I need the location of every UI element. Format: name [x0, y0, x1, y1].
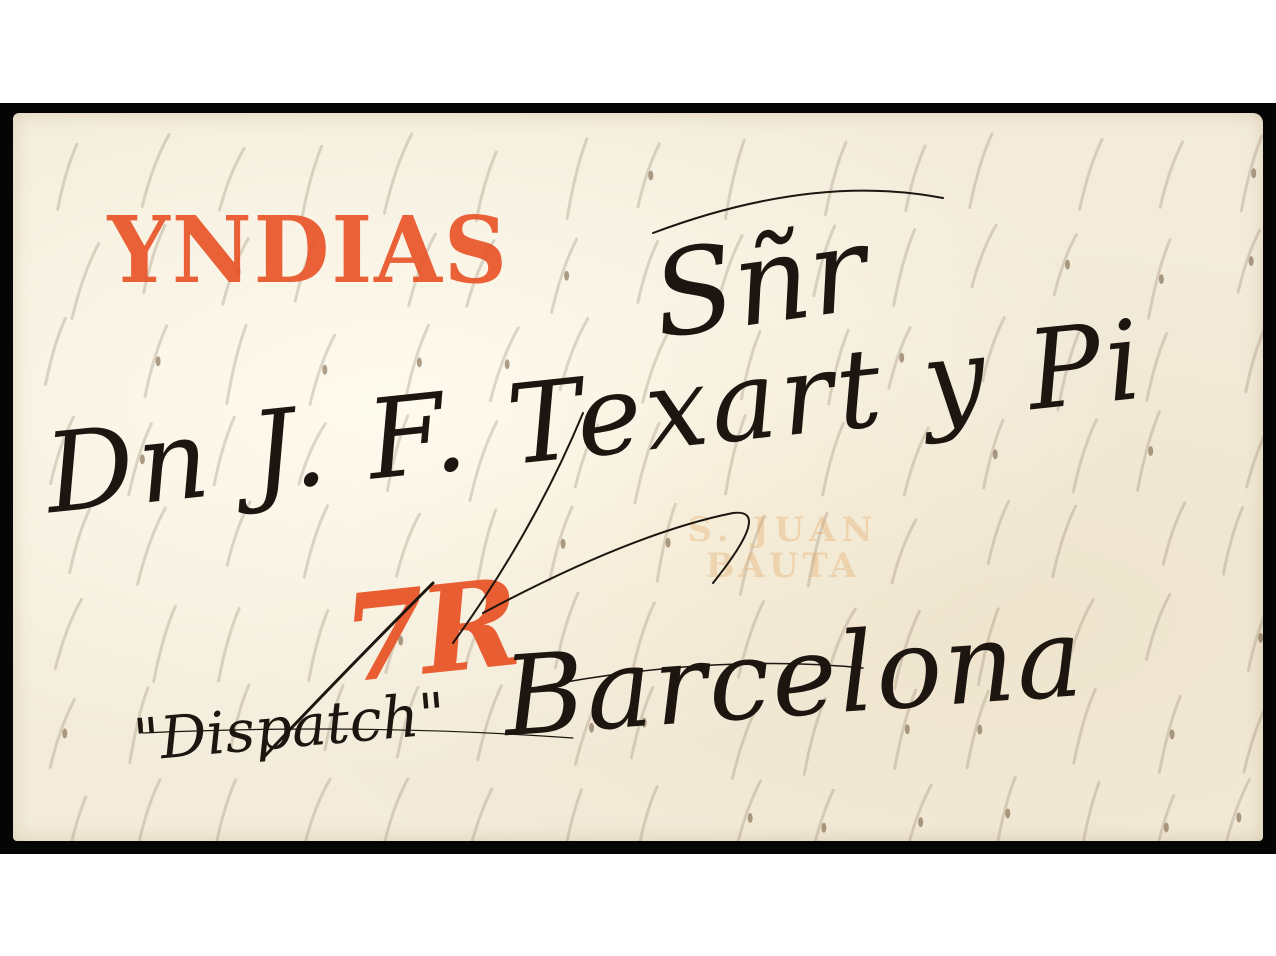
- transit-line2: BAUTA: [653, 549, 913, 585]
- letter-cover: S. JUAN BAUTA YNDIAS Sñr Dn J. F. Texart…: [13, 113, 1263, 841]
- transit-handstamp-faint: S. JUAN BAUTA: [653, 513, 913, 584]
- origin-handstamp: YNDIAS: [108, 196, 509, 304]
- transit-line1: S. JUAN: [653, 513, 913, 549]
